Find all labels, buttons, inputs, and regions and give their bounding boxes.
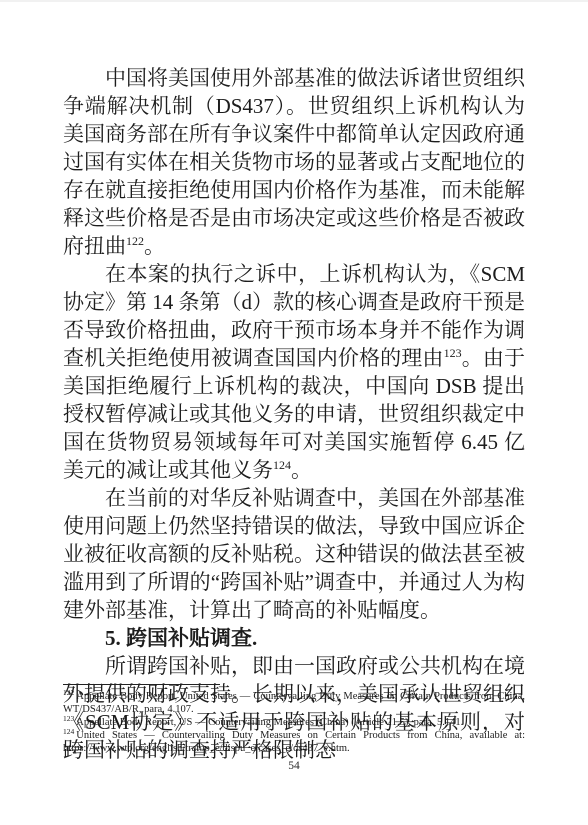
paragraph-text: 在当前的对华反补贴调查中，美国在外部基准使用问题上仍然坚持错误的做法，导致中国应… <box>63 486 525 622</box>
footnote-ref-122: 122 <box>126 234 144 248</box>
paragraph-2: 在本案的执行之诉中，上诉机构认为，《SCM 协定》第 14 条第（d）款的核心调… <box>63 260 525 484</box>
footnote-separator-rule <box>63 684 220 685</box>
footnote-marker-122: 122 <box>63 688 74 697</box>
section-heading-5: 5. 跨国补贴调查. <box>63 624 525 652</box>
footnote-122: 122Appellate Body Report, United States … <box>63 690 525 716</box>
footnote-text: United States — Countervailing Duty Meas… <box>63 730 525 754</box>
footnote-124: 124United States — Countervailing Duty M… <box>63 729 525 755</box>
footnote-area: 122Appellate Body Report, United States … <box>63 684 525 755</box>
footnote-marker-124: 124 <box>63 727 74 736</box>
paragraph-3: 在当前的对华反补贴调查中，美国在外部基准使用问题上仍然坚持错误的做法，导致中国应… <box>63 484 525 624</box>
paragraph-1: 中国将美国使用外部基准的做法诉诸世贸组织争端解决机制（DS437）。世贸组织上诉… <box>63 64 525 260</box>
footnote-123: 123Appellate Body Report, US — Counterva… <box>63 716 525 729</box>
paragraph-text: 。 <box>144 234 165 258</box>
document-page: 中国将美国使用外部基准的做法诉诸世贸组织争端解决机制（DS437）。世贸组织上诉… <box>0 0 588 825</box>
footnote-ref-123: 123 <box>444 346 462 360</box>
paragraph-text: 中国将美国使用外部基准的做法诉诸世贸组织争端解决机制（DS437）。世贸组织上诉… <box>63 66 525 258</box>
page-content: 中国将美国使用外部基准的做法诉诸世贸组织争端解决机制（DS437）。世贸组织上诉… <box>63 64 525 764</box>
footnote-text: Appellate Body Report, United States — C… <box>63 691 525 715</box>
footnote-ref-124: 124 <box>273 458 291 472</box>
page-number: 54 <box>0 760 588 772</box>
page-top-edge <box>0 0 588 2</box>
paragraph-text: 。 <box>291 458 312 482</box>
footnote-text: Appellate Body Report, US — Countervaili… <box>76 717 463 728</box>
footnote-marker-123: 123 <box>63 714 74 723</box>
